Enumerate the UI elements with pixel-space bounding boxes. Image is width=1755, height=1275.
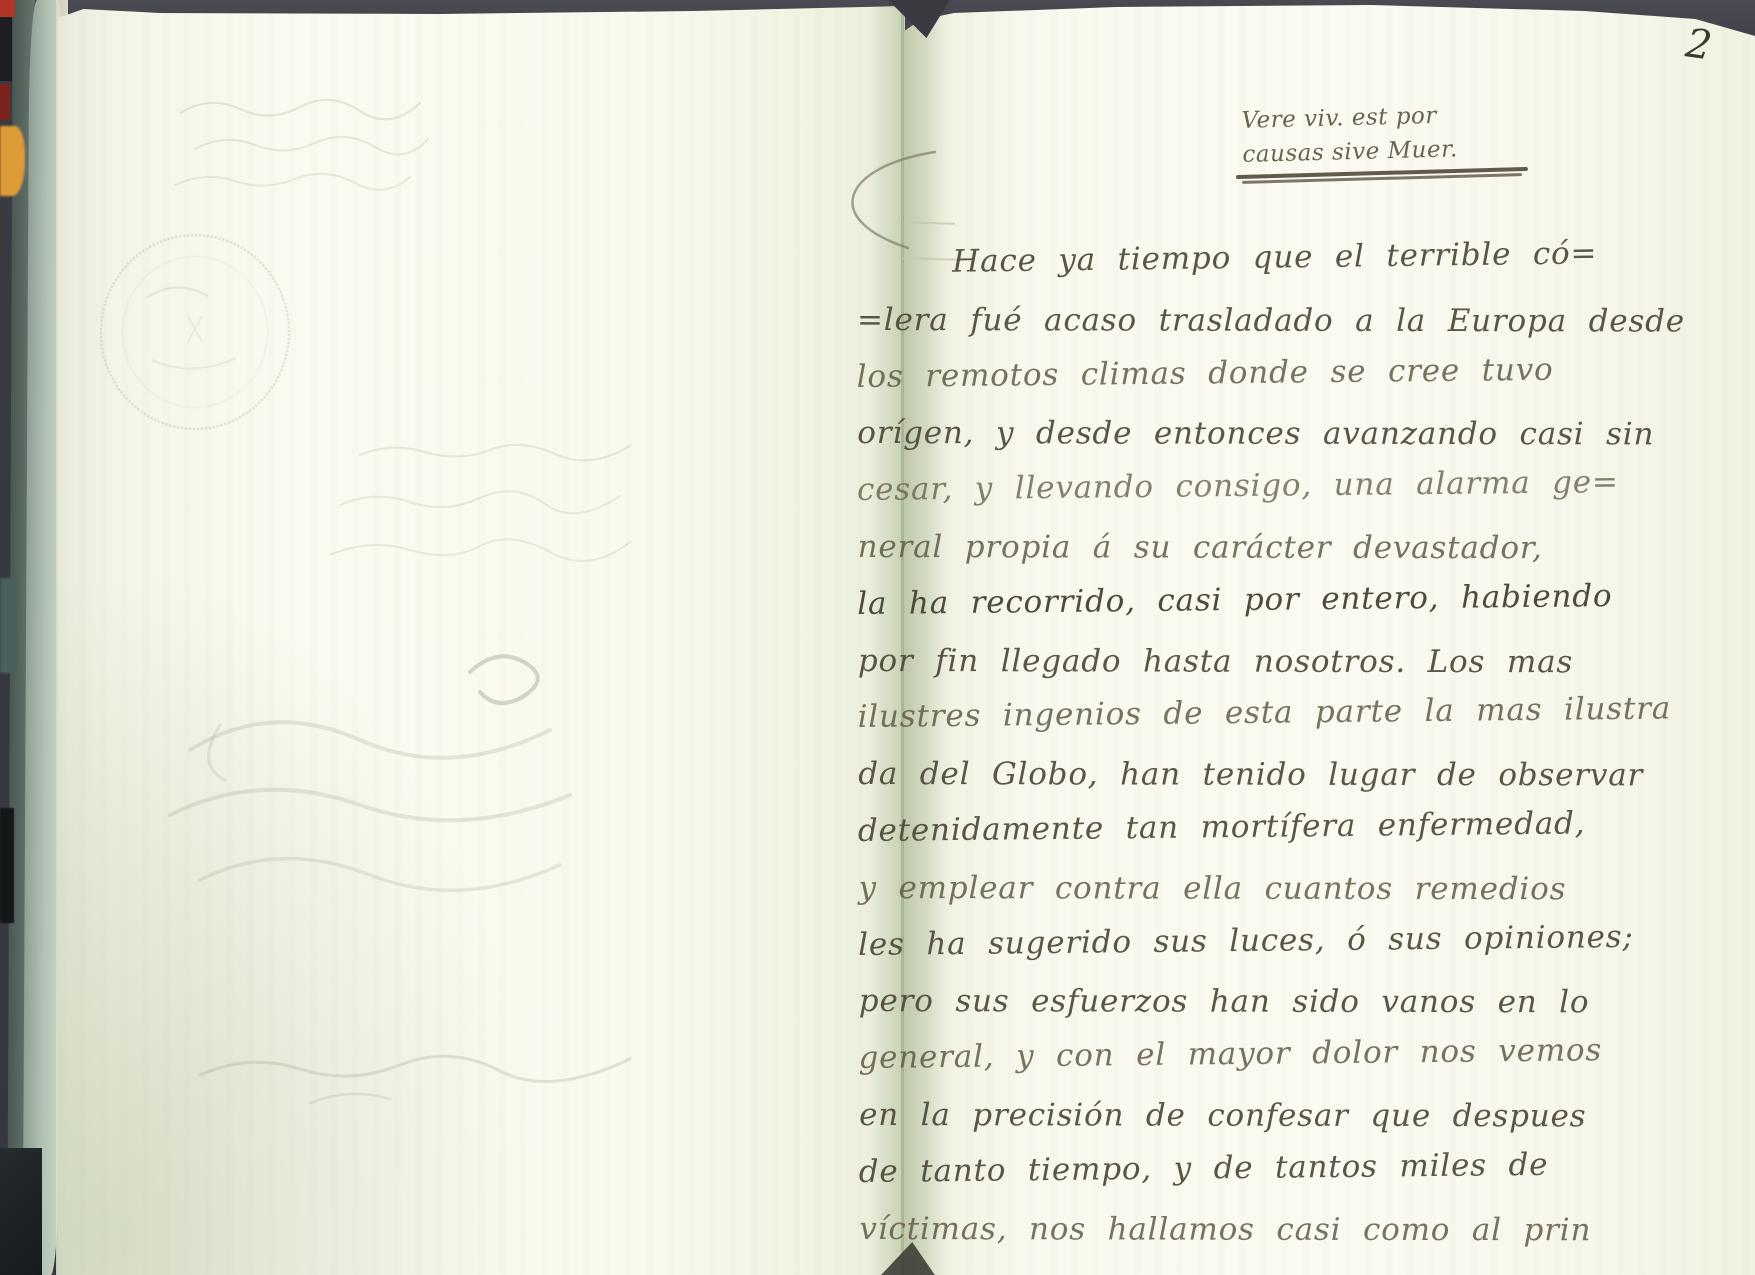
manuscript-line: ilustres ingenios de esta parte la mas i…: [857, 691, 1618, 756]
manuscript-scan: 2 Vere viv. est por causas sive Muer. Ha…: [0, 0, 1755, 1275]
edge-teal-patch: [0, 578, 16, 673]
manuscript-line: cesar, y llevando consigo, una alarma ge…: [857, 464, 1618, 529]
ink-stamp-marks: [102, 236, 288, 428]
manuscript-line: la ha recorrido, casi por entero, habien…: [857, 578, 1618, 643]
ink-stamp: [100, 234, 290, 430]
edge-bottom-shadow: [0, 1148, 42, 1275]
manuscript-body: Hace ya tiempo que el terrible có= =lera…: [857, 243, 1620, 1267]
left-page: [58, 0, 905, 1275]
manuscript-line: víctimas, nos hallamos casi como al prin: [859, 1211, 1619, 1269]
edge-black-patch: [0, 808, 14, 923]
edge-dark-mark: [0, 17, 12, 81]
edge-maroon-mark: [0, 84, 10, 120]
margin-note: Vere viv. est por causas sive Muer.: [1241, 96, 1543, 172]
manuscript-line: los remotos climas donde se cree tuvo: [857, 351, 1618, 416]
manuscript-line: detenidamente tan mortífera enfermedad,: [858, 805, 1619, 870]
paper-texture: [58, 0, 905, 1275]
edge-red-mark: [0, 0, 15, 17]
manuscript-line: de tanto tiempo, y de tantos miles de: [859, 1146, 1620, 1211]
edge-orange-mark: [0, 126, 25, 196]
manuscript-line: general, y con el mayor dolor nos vemos: [858, 1032, 1619, 1097]
manuscript-line: Hace ya tiempo que el terrible có=: [856, 235, 1617, 302]
pen-flourish: [800, 140, 950, 260]
manuscript-line: les ha sugerido sus luces, ó sus opinion…: [858, 919, 1619, 984]
manuscript-line: y emplear contra ella cuantos remedios: [858, 870, 1618, 928]
manuscript-line: =lera fué acaso trasladado a la Europa d…: [857, 302, 1617, 360]
